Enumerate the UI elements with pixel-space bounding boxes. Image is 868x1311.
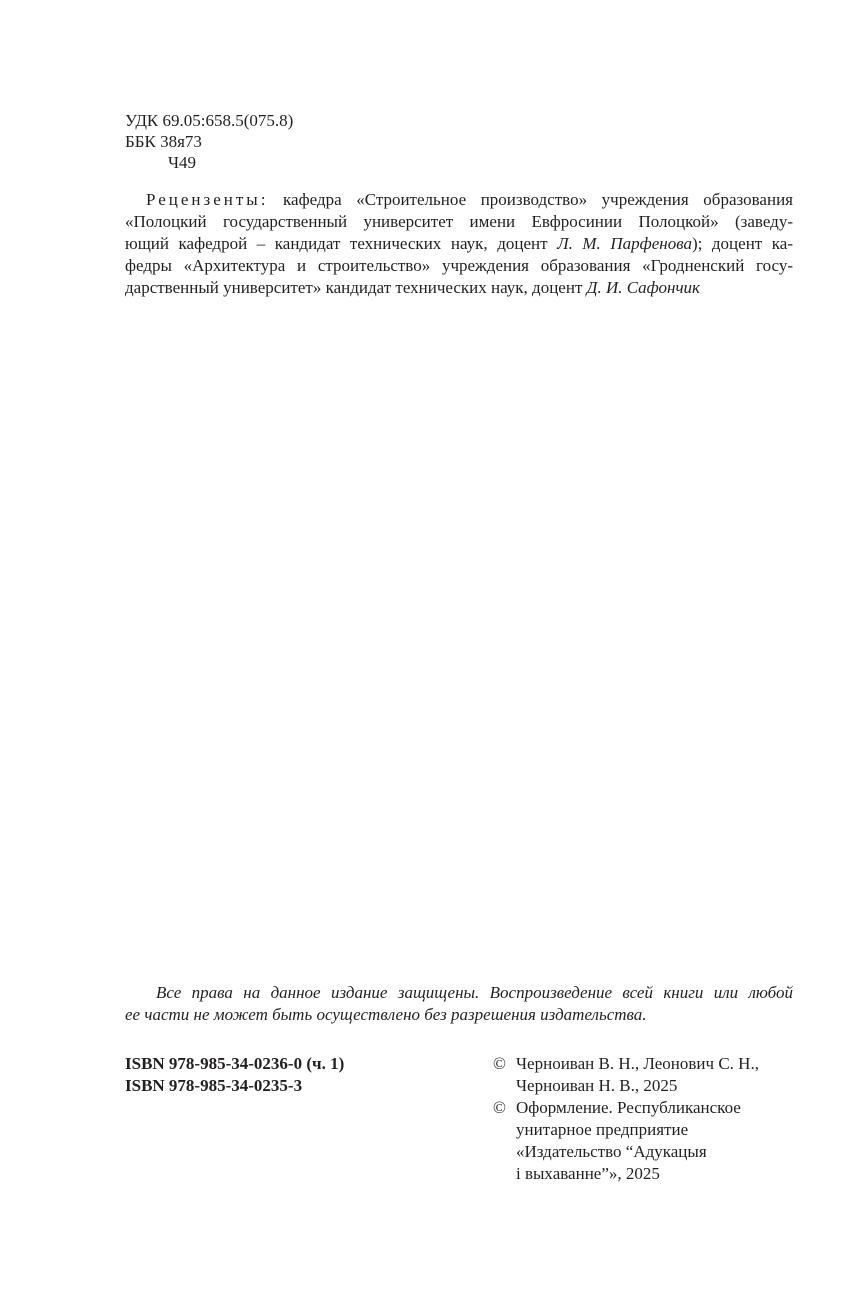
author-mark: Ч49 [125, 152, 293, 173]
copyright-block: © Черноиван В. Н., Леонович С. Н., Черно… [493, 1053, 759, 1185]
reviewers-line: федры «Архитектура и строительство» учре… [125, 255, 793, 277]
copyright-icon: © [493, 1053, 506, 1075]
reviewers-paragraph: Рецензенты: кафедра «Строительное произв… [125, 189, 793, 299]
isbn-volume: ISBN 978-985-34-0236-0 (ч. 1) [125, 1053, 344, 1075]
isbn-block: ISBN 978-985-34-0236-0 (ч. 1) ISBN 978-9… [125, 1053, 344, 1097]
reviewers-line: ющий кафедрой – кандидат технических нау… [125, 233, 793, 255]
bbk-code: ББК 38я73 [125, 131, 293, 152]
copyright-publisher: © Оформление. Республиканское унитарное … [493, 1097, 759, 1185]
copyright-icon: © [493, 1097, 506, 1119]
reviewers-label: Рецензенты: [146, 190, 268, 209]
reviewers-line: дарственный университет» кандидат технич… [125, 277, 793, 299]
rights-line: Все права на данное издание защищены. Во… [125, 982, 793, 1004]
udk-code: УДК 69.05:658.5(075.8) [125, 110, 293, 131]
rights-notice: Все права на данное издание защищены. Во… [125, 982, 793, 1026]
reviewers-line: Рецензенты: кафедра «Строительное произв… [125, 189, 793, 211]
copyright-authors: © Черноиван В. Н., Леонович С. Н., Черно… [493, 1053, 759, 1097]
reviewer-name: Д. И. Сафончик [587, 278, 700, 297]
classification-codes: УДК 69.05:658.5(075.8) ББК 38я73 Ч49 [125, 110, 293, 173]
reviewer-name: Л. М. Парфенова [557, 234, 692, 253]
imprint-page: УДК 69.05:658.5(075.8) ББК 38я73 Ч49 Рец… [0, 0, 868, 1311]
reviewers-line: «Полоцкий государственный университет им… [125, 211, 793, 233]
rights-line: ее части не может быть осуществлено без … [125, 1004, 793, 1026]
isbn-set: ISBN 978-985-34-0235-3 [125, 1075, 344, 1097]
